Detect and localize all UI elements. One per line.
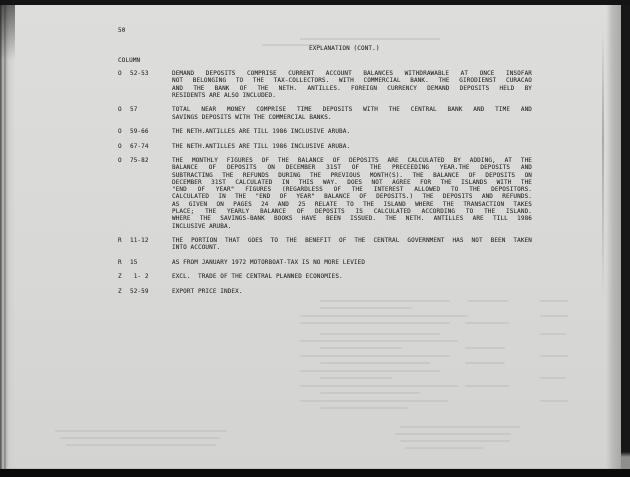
code-letter: O <box>118 143 130 150</box>
column-header-label: COLUMN <box>118 57 140 64</box>
column-code: O67-74 <box>118 143 172 150</box>
column-code: R15 <box>118 259 172 266</box>
ghost-bleedthrough <box>300 315 468 317</box>
ghost-bleedthrough <box>465 385 509 387</box>
column-code: O59-66 <box>118 128 172 135</box>
code-range: 67-74 <box>130 143 149 150</box>
page-crease <box>602 30 604 300</box>
code-letter: O <box>118 157 130 164</box>
entry-description: TOTAL NEAR MONEY COMPRISE TIME DEPOSITS … <box>172 106 532 121</box>
ghost-bleedthrough <box>540 315 568 317</box>
explanation-entry: O67-74THE NETH.ANTILLES ARE TILL 1986 IN… <box>118 143 534 150</box>
column-code: Z52-59 <box>118 288 172 295</box>
entry-description: AS FROM JANUARY 1972 MOTORBOAT-TAX IS NO… <box>172 259 532 266</box>
ghost-bleedthrough <box>540 377 566 379</box>
entry-description-line: CALCULATED IN THE "END OF YEAR" BALANCE … <box>172 193 532 200</box>
ghost-bleedthrough <box>320 362 430 364</box>
top-scan-edge <box>0 0 630 5</box>
entry-description-line: DECEMBER 31ST CALCULATED IN THIS WAY. DO… <box>172 179 532 186</box>
column-code: R11-12 <box>118 237 172 244</box>
entry-description-line: WHERE THE SAVINGS-BANK BOOKS HAVE BEEN I… <box>172 215 532 222</box>
entry-description-line: TOTAL NEAR MONEY COMPRISE TIME DEPOSITS … <box>172 106 532 113</box>
entry-description-line: PLACE; THE YEARLY BALANCE OF DEPOSITS IS… <box>172 208 532 215</box>
entry-description-line: EXPORT PRICE INDEX. <box>172 288 532 295</box>
code-letter: O <box>118 106 130 113</box>
explanation-entry: O52-53DEMAND DEPOSITS COMPRISE CURRENT A… <box>118 70 534 99</box>
ghost-bleedthrough <box>300 370 440 372</box>
ghost-bleedthrough <box>400 426 520 428</box>
ghost-bleedthrough <box>540 400 568 402</box>
entry-description-line: DEMAND DEPOSITS COMPRISE CURRENT ACCOUNT… <box>172 70 532 77</box>
explanation-entry: O75-82THE MONTHLY FIGURES OF THE BALANCE… <box>118 157 534 230</box>
code-letter: Z <box>118 288 130 295</box>
explanation-entry: O59-66THE NETH.ANTILLES ARE TILL 1986 IN… <box>118 128 534 135</box>
ghost-bleedthrough <box>400 440 510 442</box>
explanation-entry: R15AS FROM JANUARY 1972 MOTORBOAT-TAX IS… <box>118 259 534 266</box>
entry-description: THE NETH.ANTILLES ARE TILL 1986 INCLUSIV… <box>172 128 532 135</box>
code-letter: Z <box>118 273 130 280</box>
entry-description-line: SAVINGS DEPOSITS WITH THE COMMERCIAL BAN… <box>172 114 532 121</box>
explanation-entry: O57TOTAL NEAR MONEY COMPRISE TIME DEPOSI… <box>118 106 534 121</box>
right-scan-shadow <box>621 5 630 469</box>
ghost-bleedthrough <box>300 38 440 40</box>
entry-description-line: INTO ACCOUNT. <box>172 244 532 251</box>
ghost-bleedthrough <box>55 430 227 432</box>
scanned-document-page: 50 EXPLANATION (CONT.) COLUMN O52-53DEMA… <box>0 0 630 477</box>
ghost-bleedthrough <box>320 377 392 379</box>
entry-description: THE MONTHLY FIGURES OF THE BALANCE OF DE… <box>172 157 532 230</box>
ghost-bleedthrough <box>465 347 505 349</box>
code-range: 52-59 <box>130 288 149 295</box>
code-letter: R <box>118 237 130 244</box>
ghost-bleedthrough <box>405 447 483 449</box>
explanation-entry: R11-12THE PORTION THAT GOES TO THE BENEF… <box>118 237 534 252</box>
ghost-bleedthrough <box>320 407 408 409</box>
code-range: 59-66 <box>130 128 149 135</box>
ghost-bleedthrough <box>320 333 440 335</box>
code-range: 1- 2 <box>130 273 149 280</box>
entry-description: EXPORT PRICE INDEX. <box>172 288 532 295</box>
ghost-bleedthrough <box>465 362 505 364</box>
page-title: EXPLANATION (CONT.) <box>309 45 380 52</box>
entry-description-line: EXCL. TRADE OF THE CENTRAL PLANNED ECONO… <box>172 273 532 280</box>
ghost-bleedthrough <box>300 340 458 342</box>
right-page-edge <box>606 5 622 469</box>
bottom-scan-edge <box>0 469 630 477</box>
entry-description-line: AS GIVEN ON PAGES 24 AND 25 RELATE TO TH… <box>172 201 532 208</box>
entry-description-line: NOT BELONGING TO THE TAX-COLLECTORS. WIT… <box>172 77 532 84</box>
explanation-entry: Z 1- 2EXCL. TRADE OF THE CENTRAL PLANNED… <box>118 273 534 280</box>
code-letter: R <box>118 259 130 266</box>
ghost-bleedthrough <box>395 433 511 435</box>
code-range: 52-53 <box>130 70 149 77</box>
entry-description-line: RESIDENTS ARE ALSO INCLUDED. <box>172 92 532 99</box>
column-code: O52-53 <box>118 70 172 77</box>
code-range: 11-12 <box>130 237 149 244</box>
code-letter: O <box>118 70 130 77</box>
book-spine-edge <box>0 5 15 469</box>
column-code: Z 1- 2 <box>118 273 172 280</box>
ghost-bleedthrough <box>300 400 448 402</box>
entry-description-line: AS FROM JANUARY 1972 MOTORBOAT-TAX IS NO… <box>172 259 532 266</box>
code-range: 57 <box>130 106 137 113</box>
column-code: O75-82 <box>118 157 172 164</box>
ghost-bleedthrough <box>300 322 450 324</box>
ghost-bleedthrough <box>465 322 509 324</box>
entry-description: THE PORTION THAT GOES TO THE BENEFIT OF … <box>172 237 532 252</box>
ghost-bleedthrough <box>320 347 402 349</box>
ghost-bleedthrough <box>300 385 458 387</box>
explanation-entry: Z52-59EXPORT PRICE INDEX. <box>118 288 534 295</box>
entry-description-line: "END OF YEAR" FIGURES (REGARDLESS OF THE… <box>172 186 532 193</box>
ghost-bleedthrough <box>540 333 566 335</box>
ghost-bleedthrough <box>300 355 450 357</box>
entry-description-line: SUBTRACTING THE REFUNDS DURING THE PREVI… <box>172 172 532 179</box>
entry-description-line: THE NETH.ANTILLES ARE TILL 1986 INCLUSIV… <box>172 128 532 135</box>
entry-description: DEMAND DEPOSITS COMPRISE CURRENT ACCOUNT… <box>172 70 532 99</box>
entry-description-line: AND THE BANK OF THE NETH. ANTILLES. FORE… <box>172 85 532 92</box>
code-letter: O <box>118 128 130 135</box>
entry-description-line: INCLUSIVE ARUBA. <box>172 223 532 230</box>
ghost-bleedthrough <box>540 300 568 302</box>
ghost-bleedthrough <box>320 392 420 394</box>
ghost-bleedthrough <box>540 355 568 357</box>
ghost-bleedthrough <box>60 437 220 439</box>
code-range: 15 <box>130 259 137 266</box>
page-number: 50 <box>118 27 125 34</box>
entry-description-line: THE PORTION THAT GOES TO THE BENEFIT OF … <box>172 237 532 244</box>
entry-description-line: THE MONTHLY FIGURES OF THE BALANCE OF DE… <box>172 157 532 164</box>
code-range: 75-82 <box>130 157 149 164</box>
ghost-bleedthrough <box>66 444 216 446</box>
entry-description: THE NETH.ANTILLES ARE TILL 1986 INCLUSIV… <box>172 143 532 150</box>
explanation-list: O52-53DEMAND DEPOSITS COMPRISE CURRENT A… <box>118 70 534 302</box>
column-code: O57 <box>118 106 172 113</box>
entry-description-line: THE NETH.ANTILLES ARE TILL 1986 INCLUSIV… <box>172 143 532 150</box>
ghost-bleedthrough <box>320 307 412 309</box>
entry-description: EXCL. TRADE OF THE CENTRAL PLANNED ECONO… <box>172 273 532 280</box>
entry-description-line: BALANCE OF DEPOSITS ON DECEMBER 31ST OF … <box>172 164 532 171</box>
